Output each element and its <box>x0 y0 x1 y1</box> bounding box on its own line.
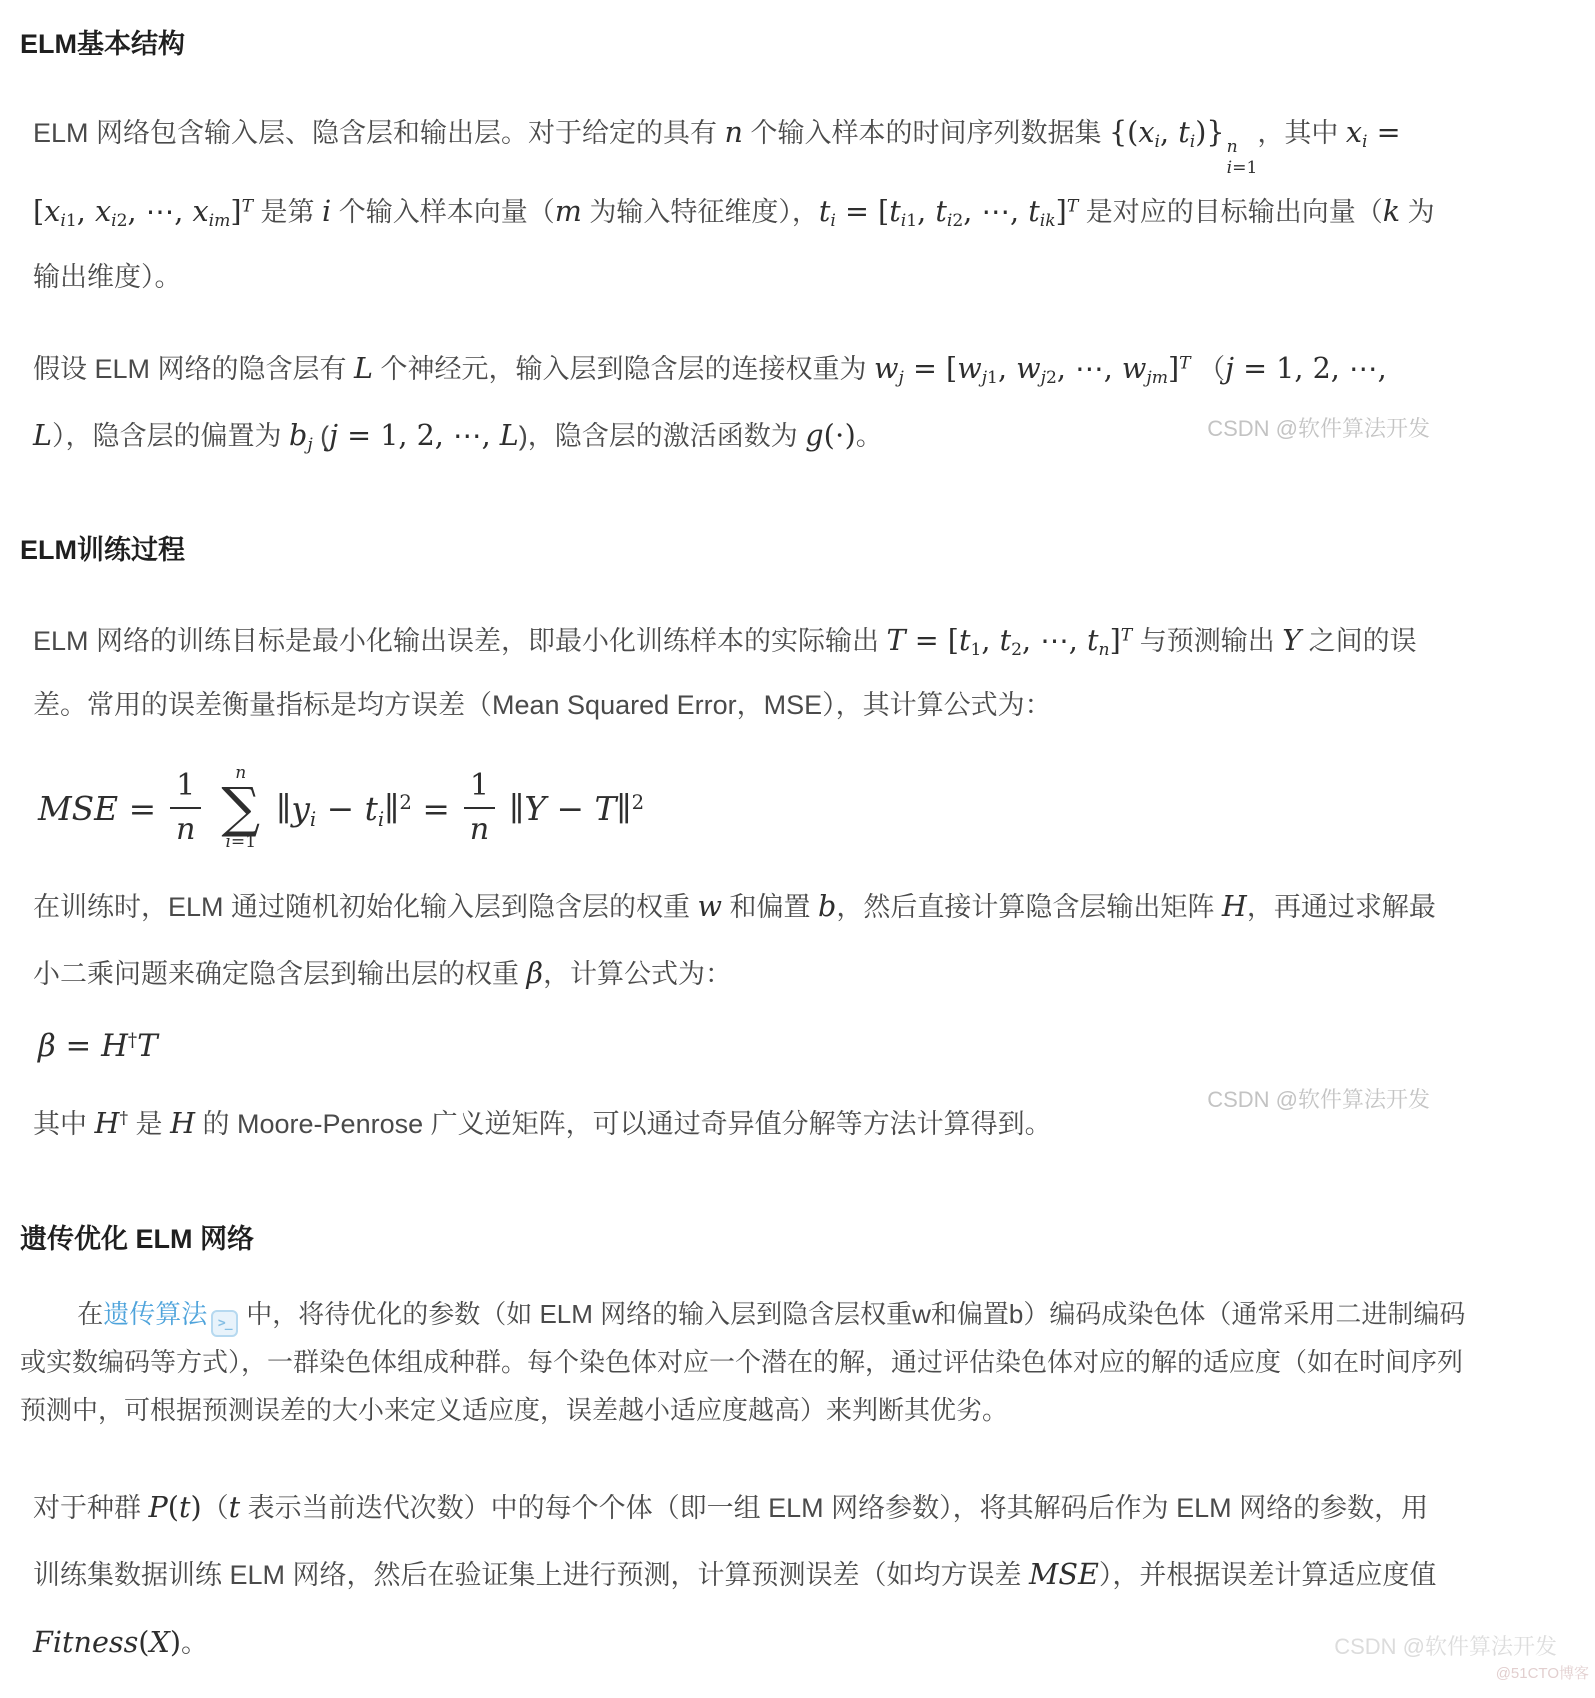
text-run: 个输入样本向量（ <box>331 197 555 227</box>
text-run: 是对应的目标输出向量（ <box>1078 197 1383 227</box>
text-run: 和偏置 <box>722 892 818 922</box>
text-run: 个输入样本的时间序列数据集 <box>743 118 1109 148</box>
csdn-watermark: CSDN @软件算法开发 <box>1334 1630 1557 1661</box>
inline-math: H <box>1222 889 1247 923</box>
inline-math: H† <box>95 1106 129 1140</box>
inline-math: {(xi, ti)}ni=1 <box>1109 115 1257 149</box>
text-run: ( <box>313 421 330 451</box>
inline-math: L <box>354 351 373 385</box>
mse-lhs: MSE = <box>38 789 156 828</box>
text-run: 在训练时，ELM 通过随机初始化输入层到隐含层的权重 <box>33 892 698 922</box>
section-heading-genetic-elm: 遗传优化 ELM 网络 <box>20 1217 1571 1256</box>
text-run: 。 <box>181 1628 208 1658</box>
csdn-watermark: CSDN @软件算法开发 <box>1207 1083 1430 1114</box>
text-run: 对于种群 <box>33 1493 149 1523</box>
text-run: 在 <box>77 1299 103 1329</box>
inline-math: P(t) <box>149 1490 202 1524</box>
inline-math: MSE <box>1029 1557 1099 1591</box>
text-run: 为输入特征维度）， <box>582 197 819 227</box>
inline-math: ti = [ti1, ti2, ⋯, tik]T <box>819 194 1078 228</box>
text-run: ，然后直接计算隐含层输出矩阵 <box>836 892 1222 922</box>
inline-math: g(⋅) <box>805 418 855 452</box>
text-run: 与预测输出 <box>1132 626 1282 656</box>
text-run: ，计算公式为： <box>543 959 732 989</box>
fraction-1-over-n: 1 n <box>464 767 495 849</box>
inline-math: k <box>1383 194 1400 228</box>
text-run: )，隐含层的激活函数为 <box>519 421 806 451</box>
paragraph-fitness-evaluation: 对于种群 P(t)（t 表示当前迭代次数）中的每个个体（即一组 ELM 网络参数… <box>33 1474 1445 1676</box>
inline-math: wj = [wj1, wj2, ⋯, wjm]T <box>874 351 1191 385</box>
text-run: ），隐含层的偏置为 <box>52 421 289 451</box>
inline-math: Y <box>1282 623 1301 657</box>
text-run: 假设 ELM 网络的隐含层有 <box>33 354 354 384</box>
beta-equation: β = H†T <box>38 1028 158 1064</box>
sigma-symbol: ∑ <box>221 782 260 834</box>
paragraph-hidden-layer: 假设 ELM 网络的隐含层有 L 个神经元，输入层到隐含层的连接权重为 wj =… <box>33 335 1445 470</box>
inline-math: t <box>229 1490 241 1524</box>
paragraph-genetic-encoding: 在遗传算法>_中，将待优化的参数（如 ELM 网络的输入层到隐含层权重w和偏置b… <box>20 1290 1468 1434</box>
fraction-denominator: n <box>176 809 195 849</box>
text-run: 。 <box>856 421 883 451</box>
text-run: （ <box>202 1493 229 1523</box>
fraction-denominator: n <box>470 809 489 849</box>
inline-math: β <box>527 956 544 990</box>
inline-math: b <box>818 889 836 923</box>
text-run: 是第 <box>253 197 322 227</box>
section-heading-elm-training: ELM训练过程 <box>20 528 1571 567</box>
inline-math: H <box>170 1106 195 1140</box>
fraction-1-over-n: 1 n <box>170 767 201 849</box>
51cto-watermark: @51CTO博客 <box>1496 1662 1589 1683</box>
fraction-numerator: 1 <box>464 767 495 809</box>
mse-formula: MSE = 1 n n ∑ i=1 ∥yi − ti∥2 = 1 n ∥Y − … <box>38 765 1571 851</box>
inline-math: m <box>555 194 582 228</box>
inline-math: i <box>322 194 331 228</box>
text-run: ，其中 <box>1257 118 1346 148</box>
article-body: ELM基本结构 ELM 网络包含输入层、隐含层和输出层。对于给定的具有 n 个输… <box>0 0 1595 1676</box>
text-run: 个神经元，输入层到隐含层的连接权重为 <box>373 354 874 384</box>
inline-math: w <box>698 889 723 923</box>
external-link-icon[interactable]: >_ <box>211 1310 238 1337</box>
summation-lower-limit: i=1 <box>225 834 256 851</box>
text-run: 的 Moore-Penrose 广义逆矩阵，可以通过奇异值分解等方法计算得到。 <box>195 1109 1052 1139</box>
inline-math: j = 1, 2, ⋯, L <box>329 418 519 452</box>
mse-middle-term: ∥yi − ti∥2 = <box>276 789 450 828</box>
text-run: （ <box>1191 354 1226 384</box>
text-run: 其中 <box>33 1109 95 1139</box>
paragraph-training-process: 在训练时，ELM 通过随机初始化输入层到隐含层的权重 w 和偏置 b，然后直接计… <box>33 873 1445 1008</box>
summation-operator: n ∑ i=1 <box>221 765 260 851</box>
fraction-numerator: 1 <box>170 767 201 809</box>
text-run: ），并根据误差计算适应度值 <box>1099 1560 1437 1590</box>
paragraph-elm-structure: ELM 网络包含输入层、隐含层和输出层。对于给定的具有 n 个输入样本的时间序列… <box>33 99 1445 309</box>
inline-math: bj <box>289 418 313 452</box>
mse-right-term: ∥Y − T∥2 <box>509 789 644 828</box>
text-run: ELM 网络包含输入层、隐含层和输出层。对于给定的具有 <box>33 118 725 148</box>
beta-formula: β = H†T <box>38 1028 1571 1064</box>
section-heading-elm-basic-structure: ELM基本结构 <box>20 22 1571 61</box>
inline-math: T = [t1, t2, ⋯, tn]T <box>887 623 1133 657</box>
text-run: ELM 网络的训练目标是最小化输出误差，即最小化训练样本的实际输出 <box>33 626 887 656</box>
paragraph-training-goal: ELM 网络的训练目标是最小化输出误差，即最小化训练样本的实际输出 T = [t… <box>33 607 1445 738</box>
inline-math: Fitness(X) <box>33 1625 181 1659</box>
csdn-watermark: CSDN @软件算法开发 <box>1207 412 1430 443</box>
inline-math: n <box>725 115 743 149</box>
text-run: 是 <box>128 1109 170 1139</box>
genetic-algorithm-link[interactable]: 遗传算法 <box>103 1299 207 1329</box>
